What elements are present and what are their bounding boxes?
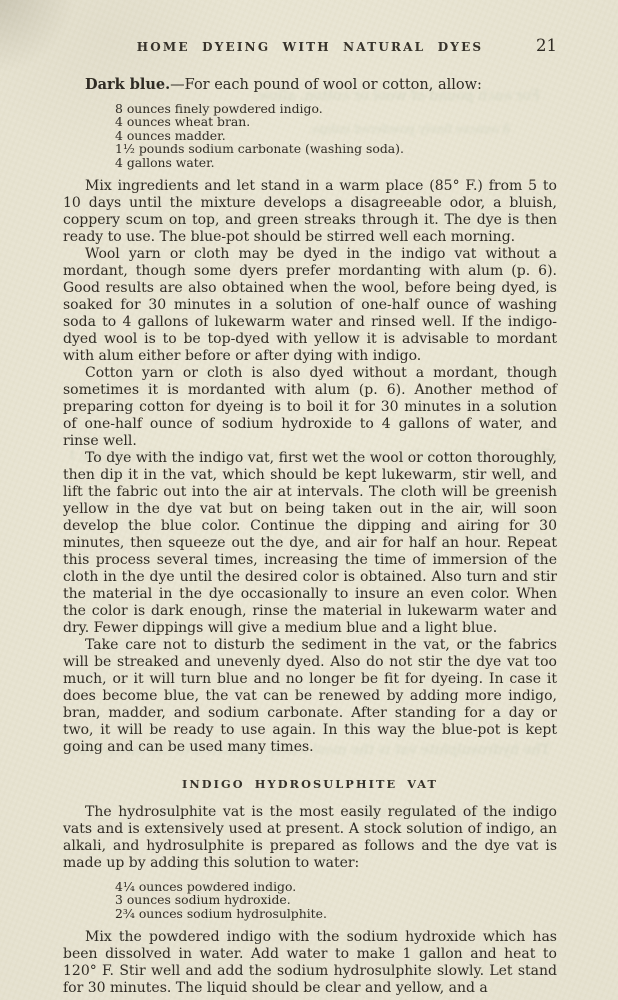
paragraph-hydrosulphite-mix: Mix the powdered indigo with the sodium …	[63, 929, 557, 997]
dark-blue-lead-paragraph: Dark blue.—For each pound of wool or cot…	[63, 76, 557, 94]
ingredient-item: 4 ounces madder.	[115, 129, 557, 142]
running-header: HOME DYEING WITH NATURAL DYES 21	[63, 36, 557, 58]
section-heading-indigo-hydrosulphite-vat: INDIGO HYDROSULPHITE VAT	[63, 777, 557, 791]
header-title: HOME DYEING WITH NATURAL DYES	[137, 37, 484, 54]
scanned-book-page: { "page": { "paper_color": "#ece8d5", "i…	[0, 0, 618, 1000]
dark-blue-lead-in: Dark blue.	[85, 76, 170, 93]
hydrosulphite-ingredient-list: 4¼ ounces powdered indigo. 3 ounces sodi…	[63, 880, 557, 920]
page-content: HOME DYEING WITH NATURAL DYES 21 Dark bl…	[63, 36, 557, 997]
paragraph-to-dye: To dye with the indigo vat, first wet th…	[63, 450, 557, 637]
page-number: 21	[536, 36, 557, 55]
ingredient-item: 4 gallons water.	[115, 156, 557, 169]
paragraph-mix-ingredients: Mix ingredients and let stand in a warm …	[63, 178, 557, 246]
paragraph-take-care: Take care not to disturb the sediment in…	[63, 637, 557, 756]
dark-blue-intro-text: For each pound of wool or cotton, allow:	[185, 77, 482, 93]
dark-blue-ingredient-list: 8 ounces finely powdered indigo. 4 ounce…	[63, 102, 557, 169]
em-dash: —	[170, 77, 185, 93]
paragraph-cotton-yarn: Cotton yarn or cloth is also dyed withou…	[63, 365, 557, 450]
ingredient-item: 1½ pounds sodium carbonate (washing soda…	[115, 142, 557, 155]
ingredient-item: 2¾ ounces sodium hydrosulphite.	[115, 907, 557, 920]
ingredient-item: 4 ounces wheat bran.	[115, 115, 557, 128]
ingredient-item: 8 ounces finely powdered indigo.	[115, 102, 557, 115]
paragraph-wool-yarn: Wool yarn or cloth may be dyed in the in…	[63, 246, 557, 365]
ingredient-item: 4¼ ounces powdered indigo.	[115, 880, 557, 893]
paragraph-hydrosulphite-intro: The hydrosulphite vat is the most easily…	[63, 804, 557, 872]
ingredient-item: 3 ounces sodium hydroxide.	[115, 893, 557, 906]
